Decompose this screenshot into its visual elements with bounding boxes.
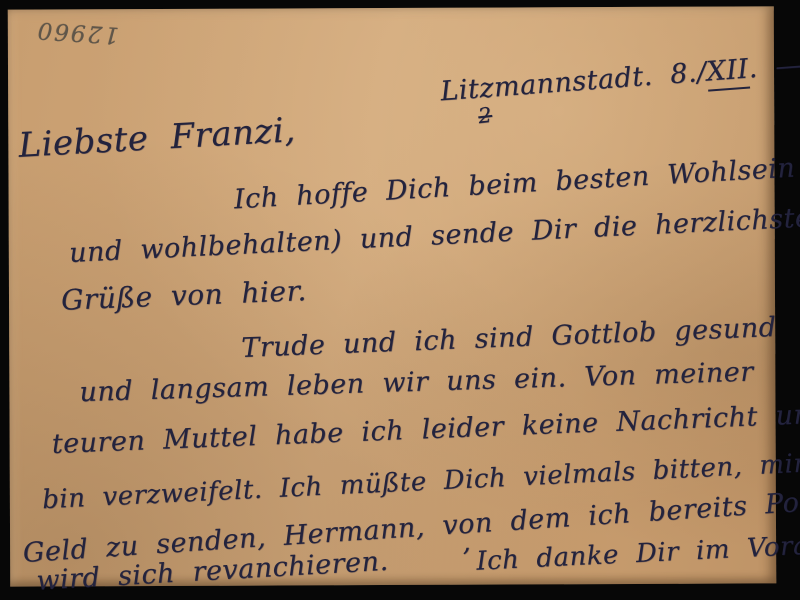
letter-line: und wohlbehalten) und sende Dir die herz… [69,204,800,267]
ink-tick-mark: ’ [462,546,471,572]
dateline-suffix: . — [747,50,800,85]
postcard-paper: 12960 Litzmannstadt. 8./XII. — 2 Liebste… [8,6,777,586]
dateline-month: XII [705,54,750,92]
salutation: Liebste Franzi, [18,113,297,163]
letter-line: Ich hoffe Dich beim besten Wohlsein [233,155,796,214]
letter-line: Trude und ich sind Gottlob gesund [241,314,777,362]
scan-frame: 12960 Litzmannstadt. 8./XII. — 2 Liebste… [0,0,800,600]
dateline-correction-mark: 2 [477,105,493,127]
letter-line: Grüße von hier. [61,277,308,315]
archival-number-pencil: 12960 [35,17,120,48]
letter-line: teuren Muttel habe ich leider keine Nach… [51,401,800,459]
letter-line: Ich danke Dir im Voraus, [476,531,800,575]
dateline-place-day: Litzmannstadt. 8./ [439,57,707,108]
letter-line: und langsam leben wir uns ein. Von meine… [79,359,754,407]
dateline: Litzmannstadt. 8./XII. — [440,52,800,106]
